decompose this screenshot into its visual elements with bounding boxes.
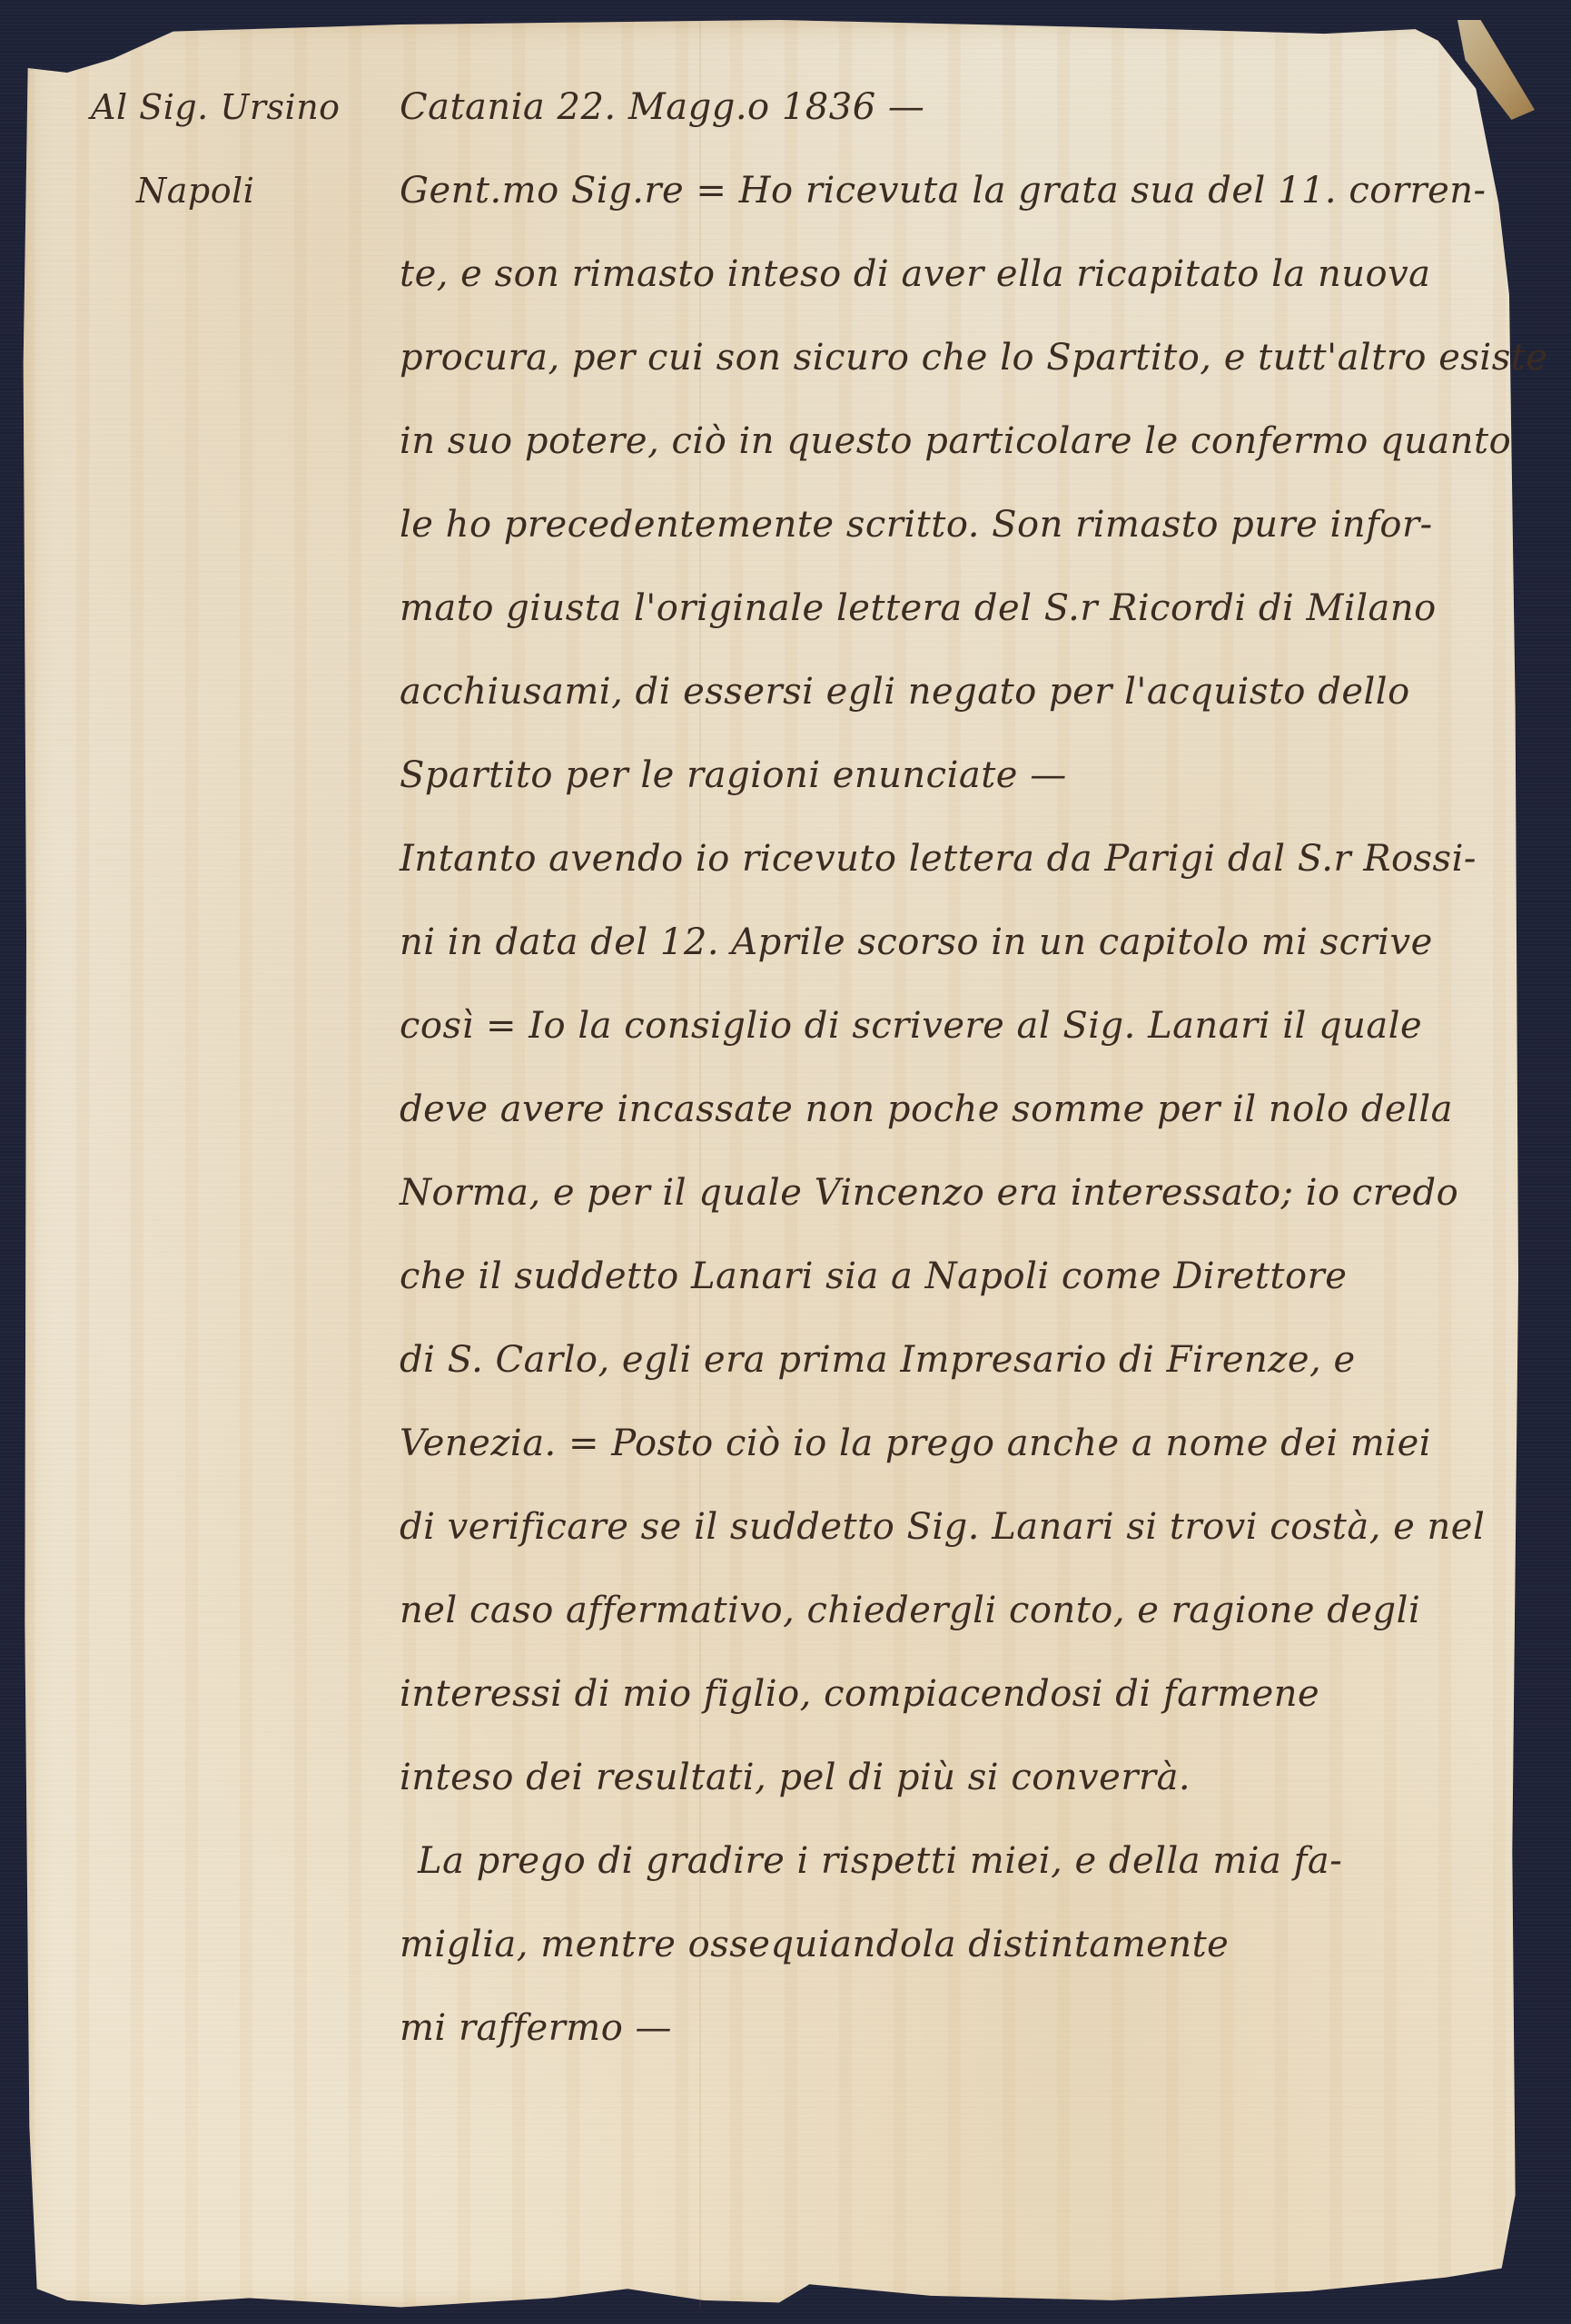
- recipient-address: Al Sig. Ursino Napoli: [91, 65, 363, 232]
- recipient-name: Al Sig. Ursino: [91, 65, 363, 149]
- letter-closing-line: miglia, mentre ossequiandola distintamen…: [400, 1903, 1489, 1986]
- letter-line: le ho precedentemente scritto. Son rimas…: [400, 483, 1489, 566]
- letter-salutation-line: Gent.mo Sig.re = Ho ricevuta la grata su…: [400, 149, 1489, 232]
- letter-signoff: mi raffermo —: [400, 1986, 1489, 2070]
- letter-line: acchiusami, di essersi egli negato per l…: [400, 650, 1489, 734]
- letter-line: Spartito per le ragioni enunciate —: [400, 734, 1489, 817]
- letter-line: deve avere incassate non poche somme per…: [400, 1068, 1489, 1151]
- recipient-city: Napoli: [91, 149, 363, 232]
- letter-line: interessi di mio figlio, compiacendosi d…: [400, 1652, 1489, 1736]
- letter-line: inteso dei resultati, pel di più si conv…: [400, 1736, 1489, 1819]
- letter-line: procura, per cui son sicuro che lo Spart…: [400, 316, 1489, 399]
- letter-line: te, e son rimasto inteso di aver ella ri…: [400, 232, 1489, 316]
- letter-date: Catania 22. Magg.o 1836 —: [400, 65, 1489, 149]
- letter-line: ni in data del 12. Aprile scorso in un c…: [400, 901, 1489, 984]
- letter-body: Catania 22. Magg.o 1836 — Gent.mo Sig.re…: [400, 65, 1489, 2070]
- letter-closing-line: La prego di gradire i rispetti miei, e d…: [400, 1819, 1489, 1903]
- letter-line: di verificare se il suddetto Sig. Lanari…: [400, 1485, 1489, 1569]
- letter-line: in suo potere, ciò in questo particolare…: [400, 399, 1489, 483]
- letter-line: Venezia. = Posto ciò io la prego anche a…: [400, 1402, 1489, 1485]
- letter-line: Norma, e per il quale Vincenzo era inter…: [400, 1151, 1489, 1235]
- letter-line: mato giusta l'originale lettera del S.r …: [400, 566, 1489, 650]
- letter-line: che il suddetto Lanari sia a Napoli come…: [400, 1235, 1489, 1318]
- letter-line: Intanto avendo io ricevuto lettera da Pa…: [400, 817, 1489, 901]
- letter-line: di S. Carlo, egli era prima Impresario d…: [400, 1318, 1489, 1402]
- letter-line: nel caso affermativo, chiedergli conto, …: [400, 1569, 1489, 1652]
- letter-line: così = Io la consiglio di scrivere al Si…: [400, 984, 1489, 1068]
